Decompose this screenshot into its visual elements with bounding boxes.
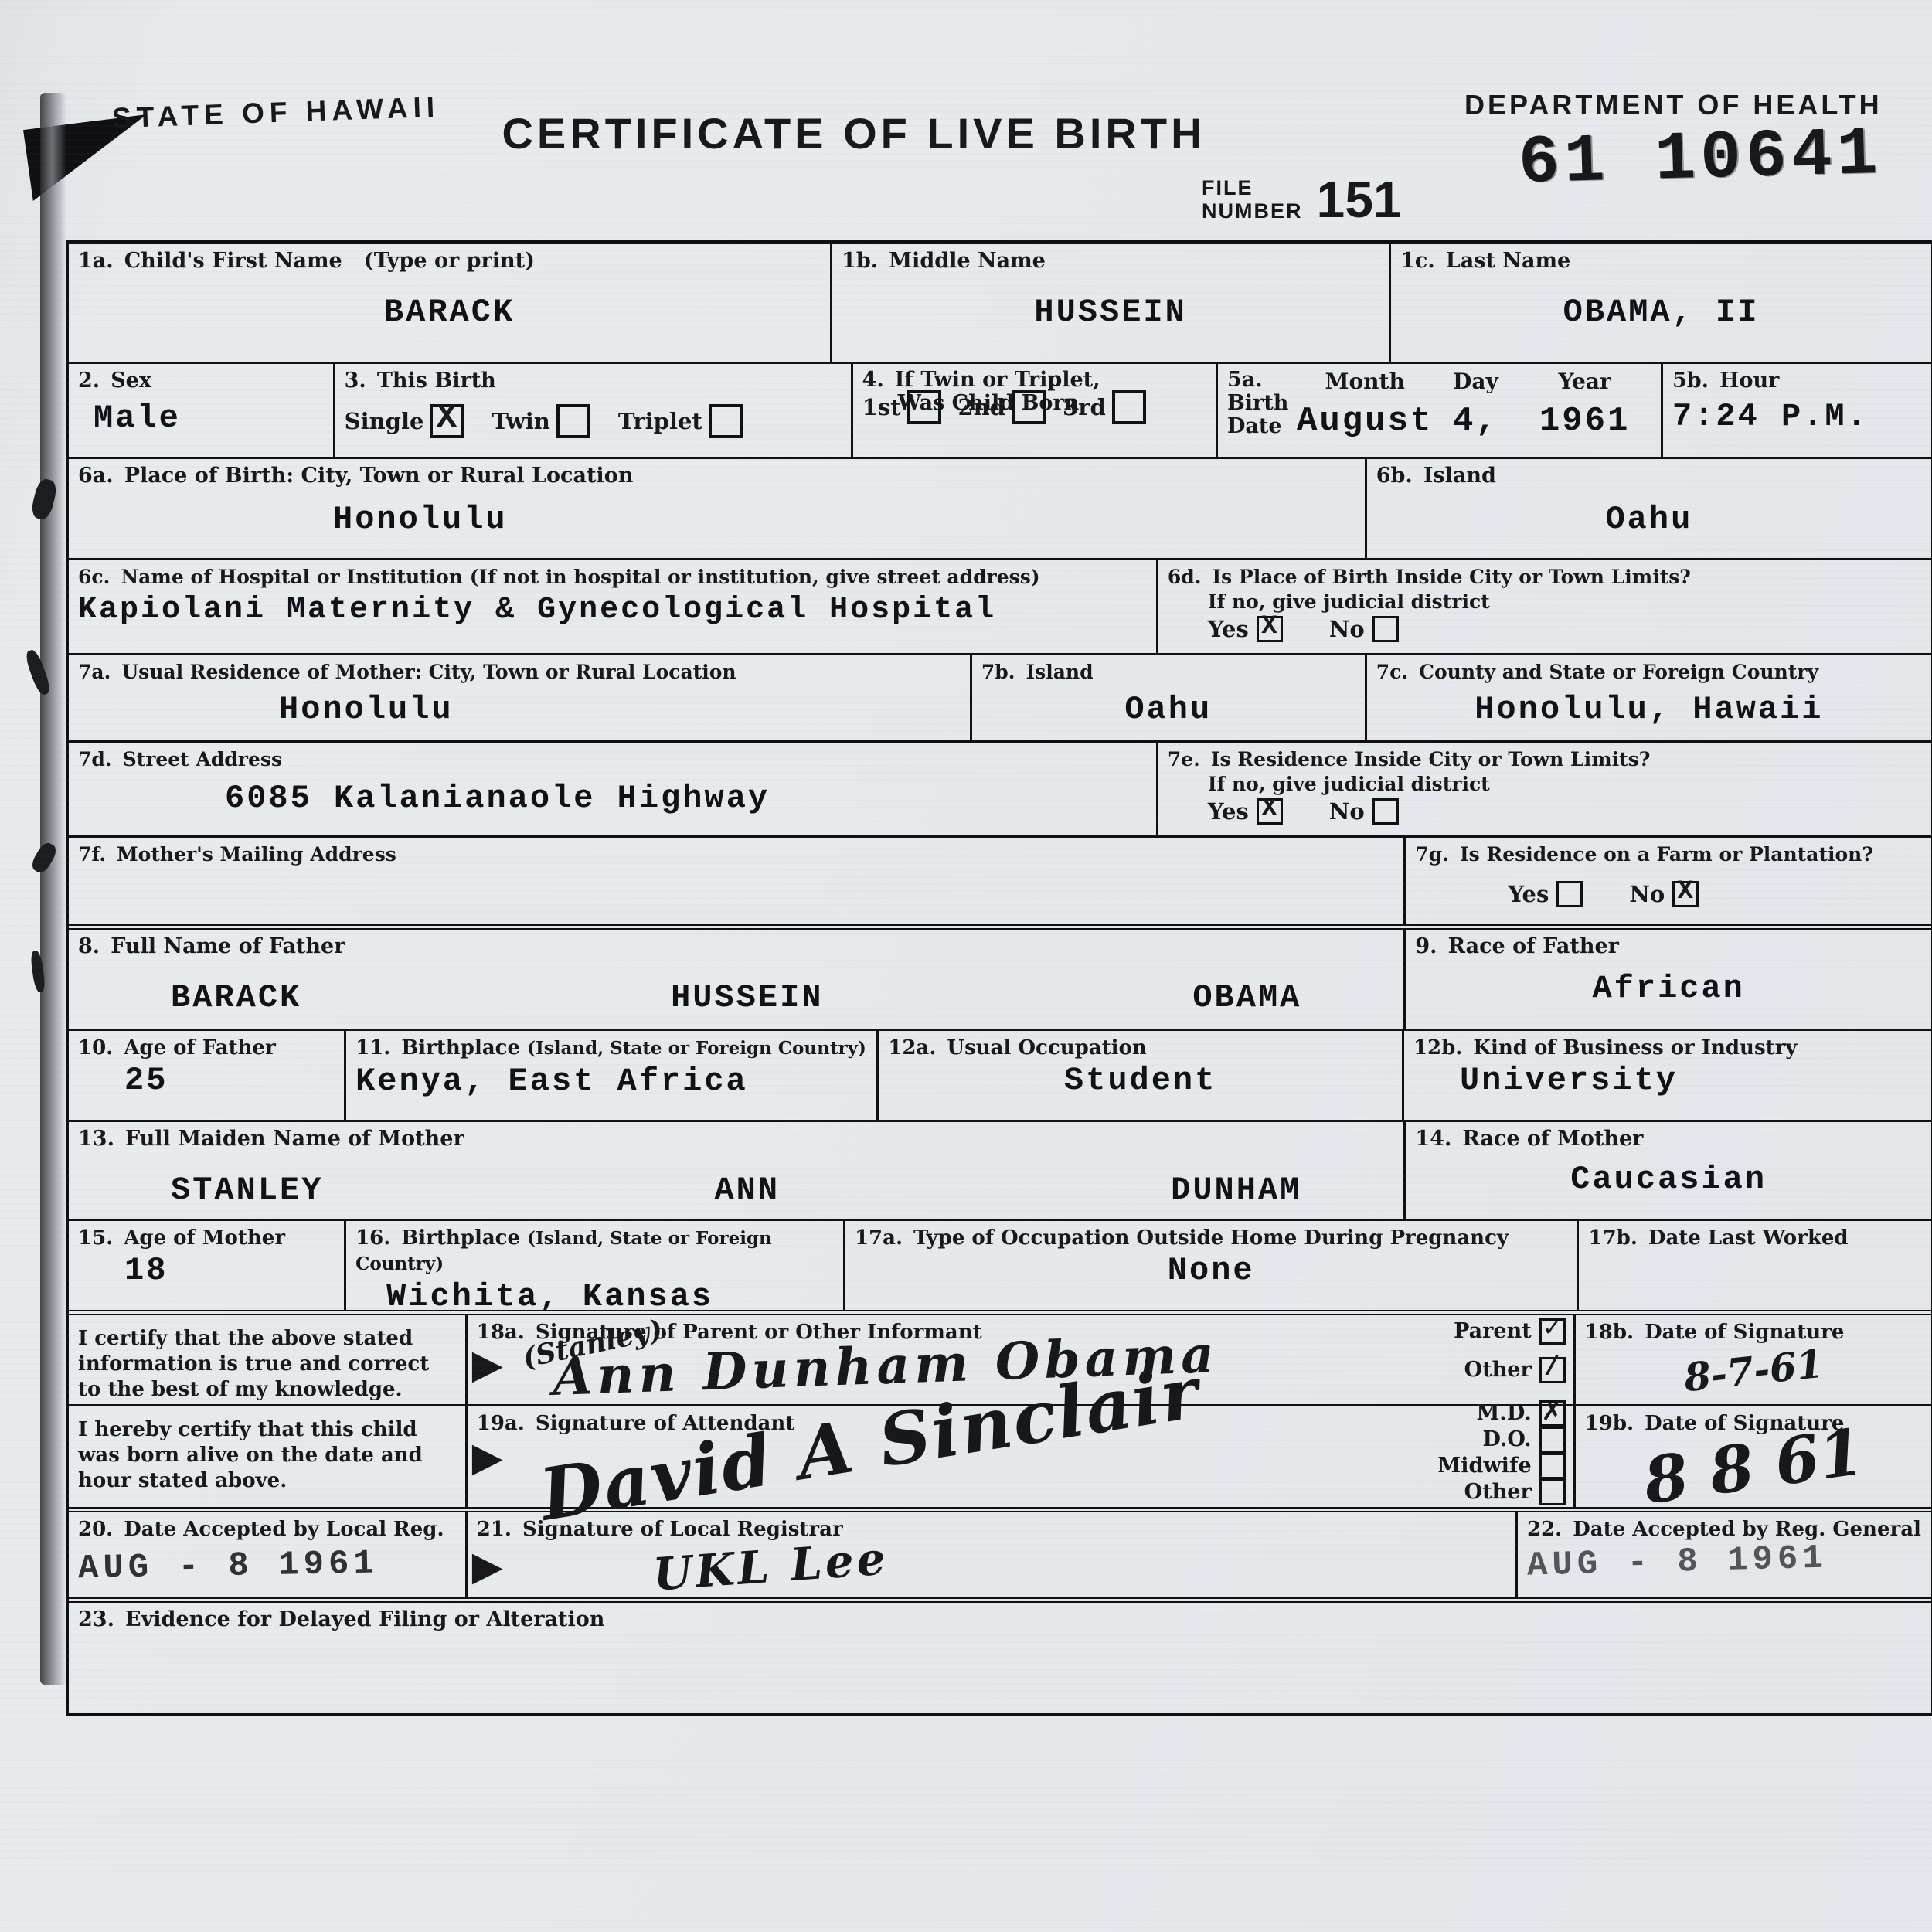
field-number: 9.: [1415, 934, 1437, 958]
attendant-certification-statement: I hereby certify that this child was bor…: [69, 1406, 468, 1507]
father-middle-name: HUSSEIN: [671, 979, 823, 1016]
field-23-delayed-filing: 23.Evidence for Delayed Filing or Altera…: [69, 1603, 1931, 1713]
sex-value: Male: [78, 400, 324, 437]
field-number: 1b.: [842, 249, 878, 273]
field-number: 7f.: [78, 843, 106, 866]
signature-arrow-icon: ▶: [472, 1437, 503, 1478]
field-number: 8.: [78, 934, 100, 958]
mother-occupation-value: None: [855, 1252, 1568, 1289]
row-delayed-filing: 23.Evidence for Delayed Filing or Altera…: [69, 1597, 1931, 1713]
child-first-name-value: BARACK: [78, 294, 821, 331]
field-number: 7e.: [1168, 748, 1200, 770]
month-label: Month: [1297, 369, 1433, 394]
field-6d-inside-limits: 6d.Is Place of Birth Inside City or Town…: [1158, 560, 1931, 653]
field-label: Date Accepted by Local Reg.: [124, 1518, 444, 1541]
field-note: If no, give judicial district: [1168, 590, 1922, 614]
field-number: 5a.: [1227, 368, 1263, 392]
birth-island-value: Oahu: [1376, 501, 1922, 538]
field-2-sex: 2.Sex Male: [69, 364, 335, 457]
field-3-this-birth: 3.This Birth SingleX Twin Triplet: [335, 364, 853, 457]
field-label: Last Name: [1446, 249, 1570, 273]
field-20-date-accepted-local: 20.Date Accepted by Local Reg. AUG - 8 1…: [69, 1512, 468, 1597]
no-checkbox: [1372, 616, 1399, 642]
second-born-checkbox: [1012, 390, 1046, 424]
field-number: 7a.: [78, 661, 111, 683]
field-number: 19a.: [477, 1412, 525, 1435]
row-mailing-address: 7f.Mother's Mailing Address 7g.Is Reside…: [69, 835, 1931, 924]
year-label: Year: [1518, 369, 1651, 394]
page-curl-shadow: [40, 93, 66, 1685]
father-first-name: BARACK: [171, 979, 301, 1016]
field-number: 17a.: [855, 1226, 903, 1250]
father-birthplace-value: Kenya, East Africa: [355, 1063, 867, 1100]
field-number: 10.: [78, 1036, 113, 1060]
field-19a-attendant-signature: 19a.Signature of Attendant ▶ David A Sin…: [468, 1406, 1576, 1507]
field-number: 7d.: [78, 748, 112, 770]
field-number: 18b.: [1585, 1321, 1634, 1344]
field-label: Middle Name: [889, 249, 1046, 273]
field-label: Place of Birth: City, Town or Rural Loca…: [124, 464, 634, 488]
no-label: No: [1629, 881, 1665, 907]
field-label: Mother's Mailing Address: [117, 843, 396, 866]
field-19b-signature-date: 19b.Date of Signature 8 8 61: [1576, 1406, 1931, 1507]
row-attendant-signature: I hereby certify that this child was bor…: [69, 1404, 1931, 1507]
field-number: 14.: [1415, 1127, 1451, 1151]
field-label: Name of Hospital or Institution (If not …: [121, 566, 1039, 588]
birth-month-column: Month August: [1297, 369, 1433, 440]
field-7b-island: 7b.Island Oahu: [972, 655, 1367, 740]
checkbox-mark: X: [1261, 794, 1277, 824]
checkbox-mark: /: [1544, 1357, 1560, 1380]
row-street-address: 7d.Street Address 6085 Kalanianaole High…: [69, 740, 1931, 835]
signature-arrow-icon: ▶: [472, 1546, 503, 1587]
no-label: No: [1329, 616, 1365, 642]
field-label: Race of Father: [1448, 934, 1619, 958]
child-middle-name-value: HUSSEIN: [842, 294, 1379, 331]
father-last-name: OBAMA: [1192, 979, 1301, 1016]
field-number: 15.: [78, 1226, 113, 1250]
field-number: 22.: [1527, 1518, 1562, 1541]
file-label-line2: NUMBER: [1202, 199, 1303, 223]
child-last-name-value: OBAMA, II: [1400, 294, 1922, 331]
field-label: Age of Father: [124, 1036, 276, 1060]
field-7d-street-address: 7d.Street Address 6085 Kalanianaole High…: [69, 743, 1158, 835]
second-born-label: 2nd: [958, 394, 1006, 420]
field-number: 21.: [477, 1518, 512, 1541]
field-6b-island: 6b.Island Oahu: [1367, 459, 1931, 558]
field-7f-mailing-address: 7f.Mother's Mailing Address: [69, 838, 1406, 924]
field-number: 4.: [862, 368, 884, 392]
field-12a-father-occupation: 12a.Usual Occupation Student: [879, 1031, 1404, 1120]
field-7a-mother-residence: 7a.Usual Residence of Mother: City, Town…: [69, 655, 972, 740]
field-7e-residence-inside-limits: 7e.Is Residence Inside City or Town Limi…: [1158, 743, 1931, 835]
field-label: Birthplace: [401, 1036, 520, 1060]
field-number: 23.: [78, 1607, 114, 1631]
field-note: (Type or print): [364, 249, 535, 273]
checkbox-mark: X: [1678, 877, 1693, 906]
field-note: (Island, State or Foreign Country): [527, 1038, 866, 1059]
field-15-mother-age: 15.Age of Mother 18: [69, 1221, 346, 1310]
yes-label: Yes: [1208, 616, 1249, 642]
midwife-checkbox-label: Midwife: [1437, 1454, 1531, 1478]
field-label: Date Last Worked: [1648, 1226, 1849, 1250]
yes-checkbox: X: [1257, 616, 1283, 642]
single-checkbox: X: [430, 404, 464, 438]
midwife-checkbox: [1539, 1453, 1566, 1479]
field-number: 6d.: [1168, 566, 1202, 588]
checkbox-mark: X: [1261, 612, 1277, 641]
yes-label: Yes: [1508, 881, 1549, 907]
local-registrar-date-stamp: AUG - 8 1961: [78, 1543, 457, 1589]
field-6c-hospital: 6c.Name of Hospital or Institution (If n…: [69, 560, 1158, 653]
mother-residence-value: Honolulu: [78, 691, 961, 728]
no-checkbox: [1372, 798, 1399, 825]
row-father-name: 8.Full Name of Father BARACK HUSSEIN OBA…: [69, 924, 1931, 1029]
field-label: Usual Residence of Mother: City, Town or…: [121, 661, 736, 683]
checkbox-mark: ✓: [1544, 1318, 1560, 1342]
field-number: 19b.: [1585, 1412, 1634, 1435]
row-child-name: 1a.Child's First Name (Type or print) BA…: [69, 244, 1931, 362]
father-occupation-value: Student: [888, 1062, 1393, 1099]
birth-day-column: Day 4,: [1433, 369, 1518, 440]
mother-middle-name: ANN: [714, 1172, 780, 1209]
field-label: Full Name of Father: [111, 934, 345, 958]
field-note: If no, give judicial district: [1168, 772, 1922, 797]
first-born-checkbox: [907, 390, 941, 424]
field-label: Full Maiden Name of Mother: [125, 1127, 464, 1151]
state-title: STATE OF HAWAII: [111, 91, 440, 135]
field-number: 20.: [78, 1518, 113, 1541]
field-number: 12b.: [1413, 1036, 1462, 1060]
field-number: 16.: [355, 1226, 390, 1250]
field-number: 6c.: [78, 566, 110, 588]
row-sex-birth: 2.Sex Male 3.This Birth SingleX Twin Tri…: [69, 362, 1931, 457]
father-industry-value: University: [1413, 1062, 1920, 1099]
certification-text: I certify that the above stated informat…: [78, 1320, 456, 1403]
month-value: August: [1297, 402, 1433, 440]
mother-race-value: Caucasian: [1415, 1161, 1922, 1198]
field-7c-county-state: 7c.County and State or Foreign Country H…: [1367, 655, 1931, 740]
triplet-checkbox: [709, 404, 743, 438]
field-number: 12a.: [888, 1036, 936, 1060]
registrar-general-date-stamp: AUG - 8 1961: [1526, 1536, 1922, 1585]
first-born-label: 1st: [862, 394, 901, 420]
field-1b-middle-name: 1b.Middle Name HUSSEIN: [832, 244, 1391, 362]
field-label: Is Place of Birth Inside City or Town Li…: [1212, 566, 1691, 588]
field-label: If Twin or Triplet,: [895, 368, 1100, 392]
field-label: Is Residence Inside City or Town Limits?: [1211, 748, 1650, 770]
scanned-document: STATE OF HAWAII CERTIFICATE OF LIVE BIRT…: [0, 0, 1932, 1932]
day-value: 4,: [1433, 402, 1518, 440]
field-number: 1c.: [1400, 249, 1435, 273]
field-22-date-accepted-general: 22.Date Accepted by Reg. General AUG - 8…: [1518, 1512, 1931, 1597]
father-age-value: 25: [78, 1062, 335, 1099]
triplet-option-label: Triplet: [618, 408, 702, 434]
file-label-line1: FILE: [1202, 176, 1303, 199]
hospital-value: Kapiolani Maternity & Gynecological Hosp…: [78, 593, 1147, 628]
street-address-value: 6085 Kalanianaole Highway: [78, 780, 1147, 817]
field-8-father-name: 8.Full Name of Father BARACK HUSSEIN OBA…: [69, 930, 1406, 1029]
county-state-value: Honolulu, Hawaii: [1376, 691, 1922, 728]
parent-checkbox-label: Parent: [1454, 1320, 1532, 1343]
other-checkbox: [1539, 1479, 1566, 1505]
yes-label: Yes: [1208, 798, 1249, 825]
local-registrar-signature: UKL Lee: [651, 1532, 890, 1600]
field-label: Evidence for Delayed Filing or Alteratio…: [125, 1607, 604, 1631]
field-number: 5b.: [1672, 369, 1709, 393]
residence-island-value: Oahu: [981, 691, 1355, 728]
parent-certification-statement: I certify that the above stated informat…: [69, 1315, 468, 1404]
registration-number-stamp: 61 10641: [1518, 117, 1883, 202]
place-of-birth-value: Honolulu: [78, 501, 1355, 538]
field-number: 6b.: [1376, 464, 1413, 488]
field-label: Child's First Name: [124, 249, 342, 273]
mother-maiden-surname: DUNHAM: [1171, 1172, 1301, 1209]
field-number: 18a.: [477, 1321, 525, 1344]
informant-type-checkboxes: Parent✓ Other/: [1454, 1318, 1566, 1383]
checkbox-mark: ✗: [1543, 1400, 1562, 1423]
field-1a-child-first-name: 1a.Child's First Name (Type or print) BA…: [69, 244, 832, 362]
mother-age-value: 18: [78, 1252, 335, 1289]
certification-text: I hereby certify that this child was bor…: [78, 1411, 456, 1494]
attendant-type-checkboxes: M.D.✗ D.O. Midwife Other: [1437, 1400, 1565, 1505]
mother-name-value: STANLEY ANN DUNHAM: [78, 1172, 1394, 1209]
field-21-local-registrar-signature: 21.Signature of Local Registrar ▶ UKL Le…: [468, 1512, 1518, 1597]
certificate-header: STATE OF HAWAII CERTIFICATE OF LIVE BIRT…: [66, 73, 1928, 240]
field-label: Type of Occupation Outside Home During P…: [913, 1226, 1509, 1250]
department-title: DEPARTMENT OF HEALTH: [1464, 89, 1883, 121]
field-label-line2: Date: [1227, 414, 1282, 438]
field-13-mother-maiden-name: 13.Full Maiden Name of Mother STANLEY AN…: [69, 1122, 1406, 1219]
field-label: Race of Mother: [1462, 1127, 1643, 1151]
field-label: Street Address: [123, 748, 282, 770]
field-label: Is Residence on a Farm or Plantation?: [1460, 843, 1873, 866]
field-label: Hour: [1719, 369, 1779, 393]
field-5b-hour: 5b.Hour 7:24 P.M.: [1663, 364, 1931, 457]
yes-checkbox: [1556, 881, 1583, 907]
field-label-line1: Birth: [1227, 391, 1288, 415]
father-race-value: African: [1415, 970, 1922, 1007]
third-born-checkbox: [1112, 390, 1146, 424]
field-9-father-race: 9.Race of Father African: [1406, 930, 1931, 1029]
field-label: Kind of Business or Industry: [1473, 1036, 1797, 1060]
field-label: Birthplace: [401, 1226, 520, 1250]
field-16-mother-birthplace: 16.Birthplace (Island, State or Foreign …: [346, 1221, 845, 1310]
twin-checkbox: [556, 404, 590, 438]
field-label: This Birth: [377, 369, 496, 393]
field-10-father-age: 10.Age of Father 25: [69, 1031, 346, 1120]
field-14-mother-race: 14.Race of Mother Caucasian: [1406, 1122, 1931, 1219]
day-label: Day: [1433, 369, 1518, 394]
field-number: 3.: [345, 369, 366, 393]
mother-first-name: STANLEY: [171, 1172, 323, 1209]
field-number: 2.: [78, 369, 100, 393]
field-number: 17b.: [1588, 1226, 1637, 1250]
field-7g-farm-plantation: 7g.Is Residence on a Farm or Plantation?…: [1406, 838, 1931, 924]
field-number: 13.: [78, 1127, 114, 1151]
no-checkbox: X: [1672, 881, 1699, 907]
checkbox-mark: X: [437, 399, 457, 437]
birth-certificate-form: 1a.Child's First Name (Type or print) BA…: [66, 240, 1932, 1716]
row-mother-details: 15.Age of Mother 18 16.Birthplace (Islan…: [69, 1219, 1931, 1310]
father-name-value: BARACK HUSSEIN OBAMA: [78, 979, 1394, 1016]
field-18b-signature-date: 18b.Date of Signature 8-7-61: [1576, 1315, 1931, 1404]
do-checkbox: [1539, 1427, 1566, 1453]
no-label: No: [1329, 798, 1365, 825]
field-number: 6a.: [78, 464, 114, 488]
file-number-label: FILE NUMBER: [1202, 176, 1303, 223]
row-mother-residence: 7a.Usual Residence of Mother: City, Town…: [69, 653, 1931, 740]
hour-value: 7:24 P.M.: [1672, 398, 1922, 435]
other-checkbox: /: [1539, 1357, 1566, 1383]
field-11-father-birthplace: 11.Birthplace (Island, State or Foreign …: [346, 1031, 879, 1120]
third-born-label: 3rd: [1063, 394, 1106, 420]
row-place-of-birth: 6a.Place of Birth: City, Town or Rural L…: [69, 457, 1931, 558]
field-number: 7c.: [1376, 661, 1408, 683]
field-number: 1a.: [78, 249, 114, 273]
certificate-title: CERTIFICATE OF LIVE BIRTH: [429, 108, 1279, 158]
field-4-twin-order: 4.If Twin or Triplet,Was Child Born 1st …: [853, 364, 1218, 457]
field-17a-mother-occupation: 17a.Type of Occupation Outside Home Duri…: [845, 1221, 1580, 1310]
other-checkbox-label: Other: [1464, 1481, 1532, 1504]
file-number-value: 151: [1317, 170, 1402, 229]
birth-year-column: Year 1961: [1518, 369, 1651, 440]
field-number: 7b.: [981, 661, 1015, 683]
parent-checkbox: ✓: [1539, 1318, 1566, 1345]
twin-option-label: Twin: [492, 408, 549, 434]
signature-arrow-icon: ▶: [472, 1345, 503, 1385]
md-checkbox: ✗: [1539, 1400, 1566, 1427]
field-label: Island: [1026, 661, 1093, 683]
field-label: County and State or Foreign Country: [1419, 661, 1818, 683]
birth-date-label: 5a. Birth Date: [1227, 369, 1297, 440]
row-hospital: 6c.Name of Hospital or Institution (If n…: [69, 558, 1931, 653]
other-checkbox-label: Other: [1464, 1359, 1532, 1382]
field-number: 7g.: [1415, 843, 1449, 866]
row-father-details: 10.Age of Father 25 11.Birthplace (Islan…: [69, 1029, 1931, 1120]
field-5a-birth-date: 5a. Birth Date Month August Day 4, Year: [1218, 364, 1663, 457]
field-label: Sex: [111, 369, 151, 393]
field-label: Island: [1423, 464, 1496, 488]
row-mother-name: 13.Full Maiden Name of Mother STANLEY AN…: [69, 1120, 1931, 1219]
single-option-label: Single: [345, 408, 424, 434]
field-label: Age of Mother: [124, 1226, 285, 1250]
field-12b-father-industry: 12b.Kind of Business or Industry Univers…: [1404, 1031, 1930, 1120]
file-number-block: FILE NUMBER 151: [1202, 170, 1402, 229]
do-checkbox-label: D.O.: [1482, 1428, 1531, 1451]
field-17b-date-last-worked: 17b.Date Last Worked: [1579, 1221, 1930, 1310]
field-6a-place-of-birth: 6a.Place of Birth: City, Town or Rural L…: [69, 459, 1367, 558]
yes-checkbox: X: [1257, 798, 1283, 825]
field-label: Usual Occupation: [947, 1036, 1146, 1060]
row-registrar: 20.Date Accepted by Local Reg. AUG - 8 1…: [69, 1507, 1931, 1597]
field-1c-last-name: 1c.Last Name OBAMA, II: [1391, 244, 1931, 362]
year-value: 1961: [1518, 402, 1651, 440]
md-checkbox-label: M.D.: [1477, 1402, 1532, 1425]
field-number: 11.: [355, 1036, 390, 1060]
